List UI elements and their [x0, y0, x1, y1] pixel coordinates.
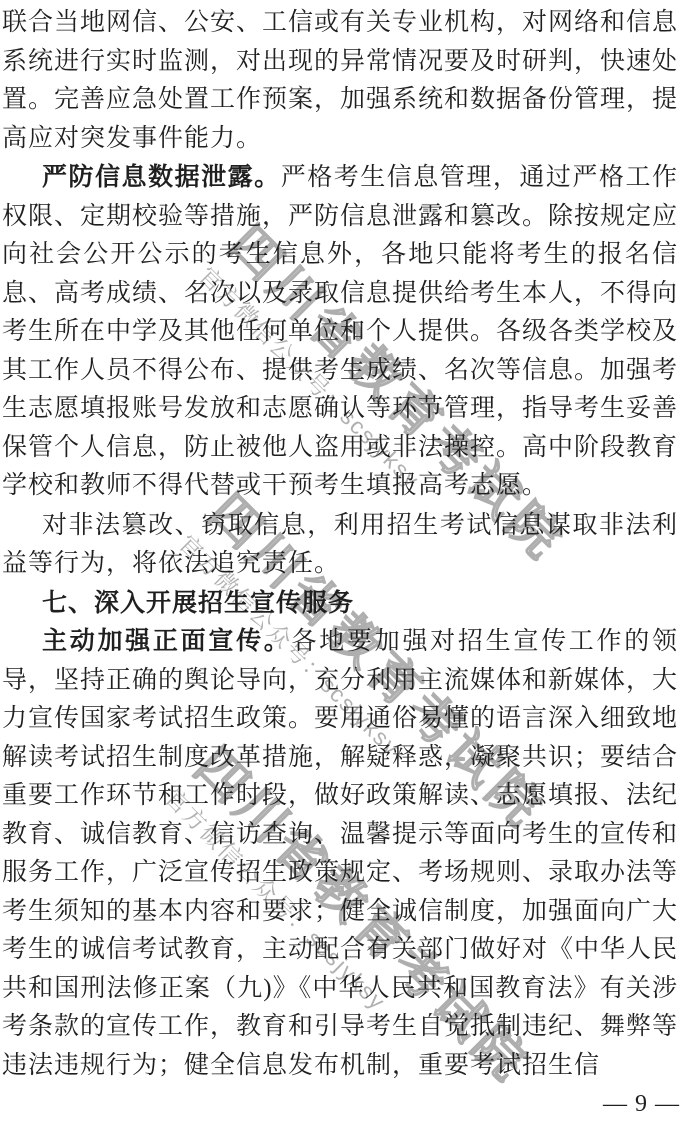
paragraph-data-leak-prevention: 严防信息数据泄露。严格考生信息管理，通过严格工作权限、定期校验等措施，严防信息泄… [2, 158, 678, 506]
paragraph-continuation: 联合当地网信、公安、工信或有关专业机构，对网络和信息系统进行实时监测，对出现的异… [2, 3, 678, 158]
paragraph-text: 各地要加强对招生宣传工作的领导，坚持正确的舆论导向，充分利用主流媒体和新媒体，大… [2, 628, 678, 1079]
paragraph-legal-liability: 对非法篡改、窃取信息，利用招生考试信息谋取非法利益等行为，将依法追究责任。 [2, 506, 678, 584]
bold-lead: 严防信息数据泄露。 [42, 163, 281, 191]
bold-lead: 主动加强正面宣传。 [42, 627, 292, 655]
paragraph-text: 联合当地网信、公安、工信或有关专业机构，对网络和信息系统进行实时监测，对出现的异… [2, 9, 678, 152]
heading-text: 七、深入开展招生宣传服务 [42, 589, 354, 617]
section-heading-seven: 七、深入开展招生宣传服务 [2, 584, 678, 623]
paragraph-publicity: 主动加强正面宣传。各地要加强对招生宣传工作的领导，坚持正确的舆论导向，充分利用主… [2, 622, 678, 1085]
paragraph-text: 对非法篡改、窃取信息，利用招生考试信息谋取非法利益等行为，将依法追究责任。 [2, 512, 678, 578]
document-body: 联合当地网信、公安、工信或有关专业机构，对网络和信息系统进行实时监测，对出现的异… [0, 0, 680, 1085]
page-number: — 9 — [603, 1091, 680, 1118]
paragraph-text: 严格考生信息管理，通过严格工作权限、定期校验等措施，严防信息泄露和篡改。除按规定… [2, 164, 678, 499]
document-page: 四川省教育考试院 官方微信公众号：scsjyksy 四川省教育考试院 官方微信公… [0, 0, 680, 1122]
